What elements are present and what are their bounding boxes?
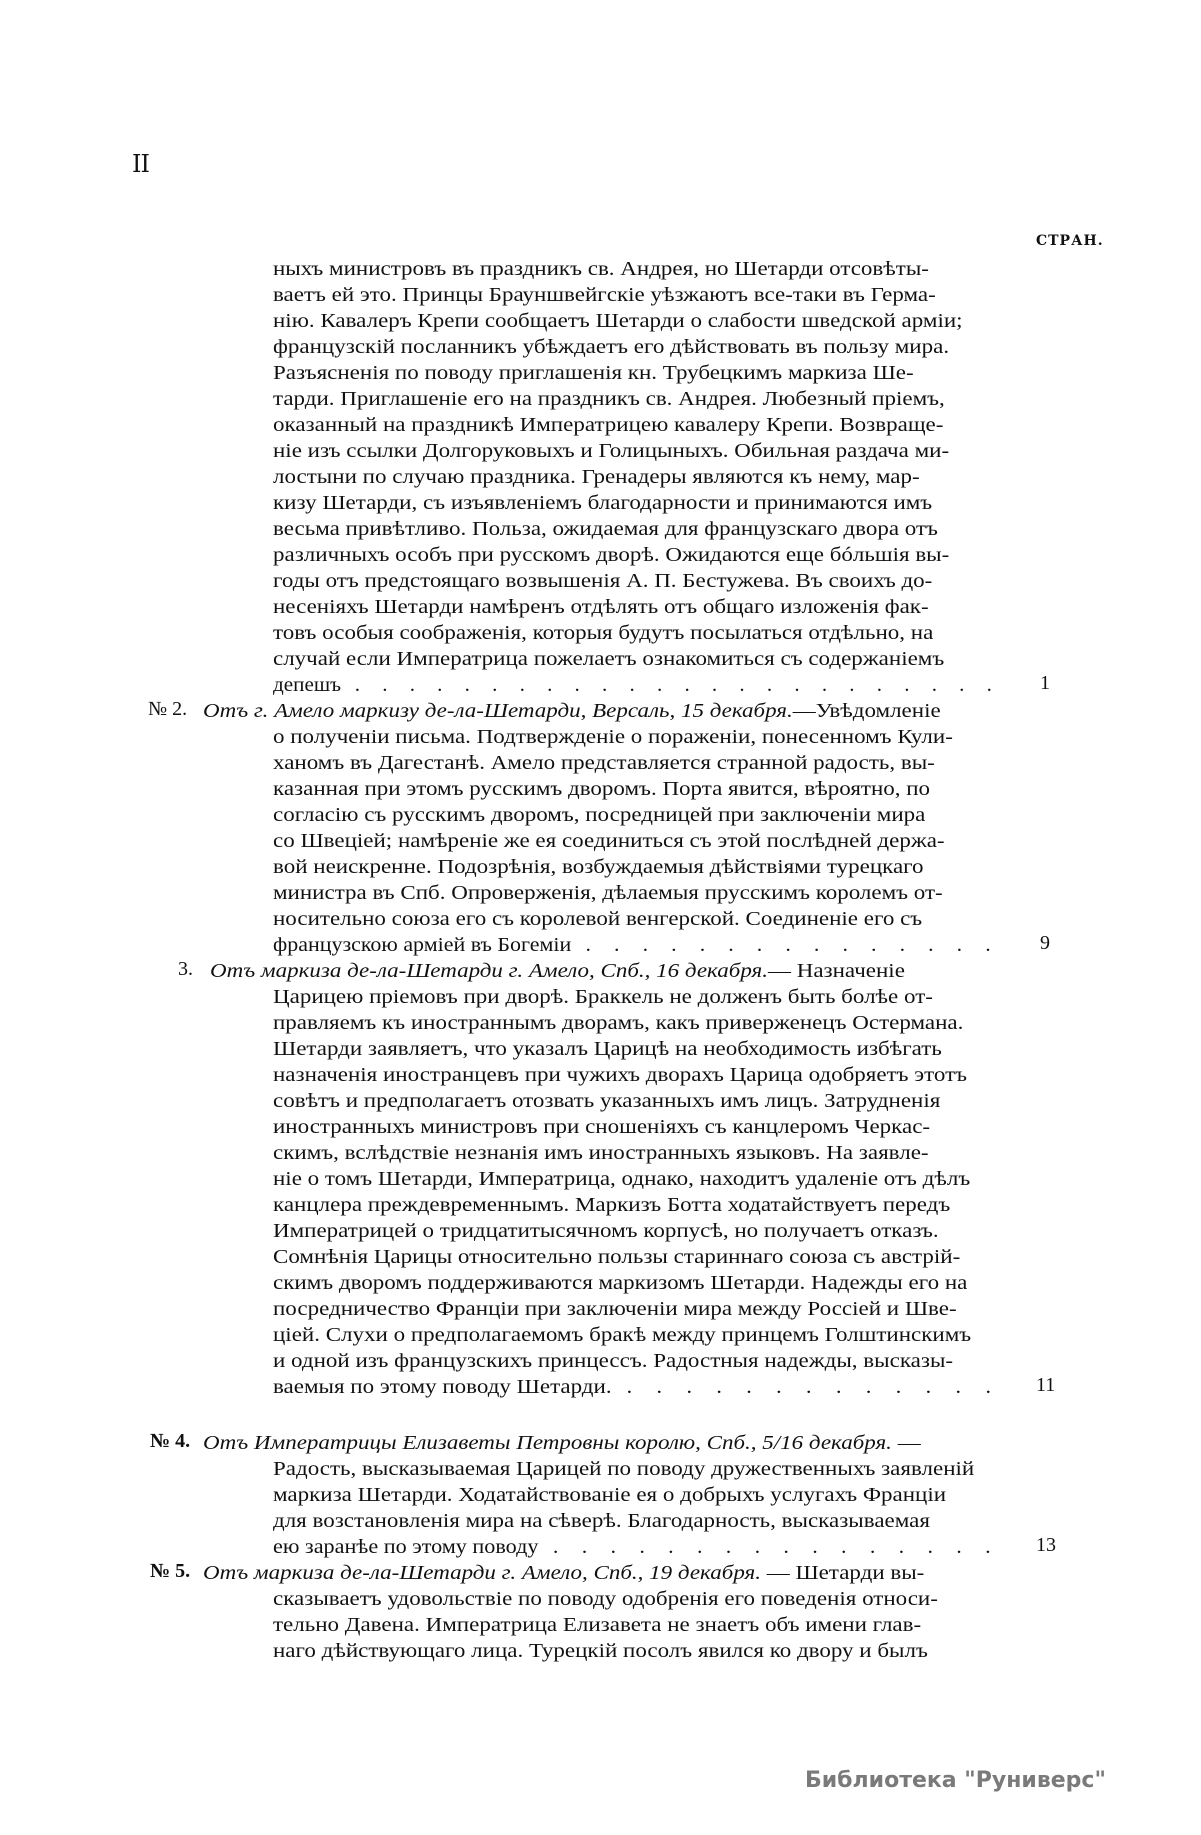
entry-text-line: и одной изъ французскихъ принцессъ. Радо… bbox=[273, 1348, 953, 1374]
entry-text-line: Радость, высказываемая Царицей по поводу… bbox=[273, 1456, 974, 1482]
entry-text-line: казанная при этомъ русскимъ дворомъ. Пор… bbox=[273, 776, 930, 802]
library-watermark: Библиотека "Руниверс" bbox=[805, 1768, 1106, 1793]
entry-text: ваемыя по этому поводу Шетарди. bbox=[273, 1376, 612, 1398]
entry-text-line: ціей. Слухи о предполагаемомъ бракѣ межд… bbox=[273, 1322, 971, 1348]
leader-dots: . . . . . . . . . . . . . bbox=[612, 1376, 1001, 1398]
entry-text-line: канцлера преждевременнымъ. Маркизъ Ботта… bbox=[273, 1192, 950, 1218]
entry-text-line: Разъясненія по поводу приглашенія кн. Тр… bbox=[273, 360, 914, 386]
entry-text-line: ханомъ въ Дагестанѣ. Амело представляетс… bbox=[273, 750, 935, 776]
entry-heading-tail: — Назначеніе bbox=[768, 960, 905, 982]
entry-text-line: совѣтъ и предполагаетъ отозвать указанны… bbox=[273, 1088, 940, 1114]
entry-last-line: депешъ . . . . . . . . . . . . . . . . .… bbox=[273, 672, 1000, 698]
entry-heading-tail: — bbox=[892, 1432, 921, 1454]
entry-text-line: нію. Кавалеръ Крепи сообщаетъ Шетарди о … bbox=[273, 308, 963, 334]
entry-text-line: правляемъ къ иностраннымъ дворамъ, какъ … bbox=[273, 1010, 963, 1036]
entry-text-line: различныхъ особъ при русскомъ дворѣ. Ожи… bbox=[273, 542, 949, 568]
page-number: II bbox=[132, 150, 149, 178]
entry-heading: Отъ маркиза де-ла-Шетарди г. Амело, Спб.… bbox=[203, 1562, 761, 1584]
entry-text-line: скимъ дворомъ поддерживаются маркизомъ Ш… bbox=[273, 1270, 967, 1296]
entry-text-line: оказанный на праздникѣ Императрицею кава… bbox=[273, 412, 943, 438]
entry-text-line: французскій посланникъ убѣждаетъ его дѣй… bbox=[273, 334, 949, 360]
entry-text-line: носительно союза его съ королевой венгер… bbox=[273, 906, 922, 932]
entry-text-line: кизу Шетарди, съ изъявленіемъ благодарно… bbox=[273, 490, 932, 516]
entry-text: ею заранѣе по этому поводу bbox=[273, 1536, 538, 1558]
entry-heading-line: Отъ г. Амело маркизу де-ла-Шетарди, Верс… bbox=[203, 698, 941, 724]
entry-number: № 2. bbox=[148, 698, 187, 721]
page-column-header: СТРАН. bbox=[1036, 233, 1104, 249]
entry-number: 3. bbox=[178, 958, 193, 981]
entry-text-line: Сомнѣнія Царицы относительно пользы стар… bbox=[273, 1244, 960, 1270]
entry-text-line: о полученіи письма. Подтвержденіе о пора… bbox=[273, 724, 953, 750]
entry-text-line: тельно Давена. Императрица Елизавета не … bbox=[273, 1612, 921, 1638]
entry-page-number: 1 bbox=[1040, 672, 1050, 695]
entry-number: № 4. bbox=[150, 1430, 190, 1453]
leader-dots: . . . . . . . . . . . . . . . bbox=[571, 934, 999, 956]
entry-heading-line: Отъ маркиза де-ла-Шетарди г. Амело, Спб.… bbox=[203, 1560, 924, 1586]
entry-text-line: лостыни по случаю праздника. Гренадеры я… bbox=[273, 464, 920, 490]
entry-text-line: маркиза Шетарди. Ходатайствованіе ея о д… bbox=[273, 1482, 946, 1508]
entry-text-line: скимъ, вслѣдствіе незнанія имъ иностранн… bbox=[273, 1140, 929, 1166]
entry-heading-tail: — Шетарди вы- bbox=[761, 1562, 924, 1584]
entry-text-line: случай если Императрица пожелаетъ ознако… bbox=[273, 646, 944, 672]
entry-text-line: посредничество Франціи при заключеніи ми… bbox=[273, 1296, 957, 1322]
entry-text-line: Шетарди заявляетъ, что указалъ Царицѣ на… bbox=[273, 1036, 942, 1062]
entry-text-line: Царицею пріемовъ при дворѣ. Браккель не … bbox=[273, 984, 933, 1010]
leader-dots: . . . . . . . . . . . . . . . . . . . . … bbox=[341, 674, 1000, 696]
entry-text-line: сказываетъ удовольствіе по поводу одобре… bbox=[273, 1586, 938, 1612]
entry-text-line: министра въ Спб. Опроверженія, дѣлаемыя … bbox=[273, 880, 943, 906]
entry-heading: Отъ маркиза де-ла-Шетарди г. Амело, Спб.… bbox=[210, 960, 768, 982]
entry-heading: Отъ Императрицы Елизаветы Петровны корол… bbox=[203, 1432, 892, 1454]
entry-last-line: французскою арміей въ Богеміи . . . . . … bbox=[273, 932, 1000, 958]
entry-text-line: ніе изъ ссылки Долгоруковыхъ и Голицыных… bbox=[273, 438, 949, 464]
entry-last-line: ею заранѣе по этому поводу . . . . . . .… bbox=[273, 1534, 1000, 1560]
entry-text-line: годы отъ предстоящаго возвышенія А. П. Б… bbox=[273, 568, 932, 594]
entry-text: депешъ bbox=[273, 674, 341, 696]
entry-page-number: 9 bbox=[1040, 932, 1050, 955]
entry-number: № 5. bbox=[150, 1560, 190, 1583]
entry-text-line: для возстановленія мира на сѣверѣ. Благо… bbox=[273, 1508, 930, 1534]
entry-heading: Отъ г. Амело маркизу де-ла-Шетарди, Верс… bbox=[203, 700, 793, 722]
leader-dots: . . . . . . . . . . . . . . . . bbox=[538, 1536, 999, 1558]
entry-text-line: ныхъ министровъ въ праздникъ св. Андрея,… bbox=[273, 256, 929, 282]
entry-text-line: согласію съ русскимъ дворомъ, посреднице… bbox=[273, 802, 925, 828]
entry-text-line: ваетъ ей это. Принцы Брауншвейгскіе уѣзж… bbox=[273, 282, 936, 308]
entry-heading-line: Отъ маркиза де-ла-Шетарди г. Амело, Спб.… bbox=[210, 958, 905, 984]
entry-text: французскою арміей въ Богеміи bbox=[273, 934, 571, 956]
entry-text-line: товъ особыя соображенія, которыя будутъ … bbox=[273, 620, 933, 646]
entry-text-line: иностранныхъ министровъ при сношеніяхъ с… bbox=[273, 1114, 930, 1140]
entry-heading-tail: —Увѣдомленіе bbox=[793, 700, 941, 722]
entry-text-line: Императрицей о тридцатитысячномъ корпусѣ… bbox=[273, 1218, 939, 1244]
entry-text-line: весьма привѣтливо. Польза, ожидаемая для… bbox=[273, 516, 938, 542]
entry-text-line: вой неискренне. Подозрѣнія, возбуждаемыя… bbox=[273, 854, 924, 880]
entry-heading-line: Отъ Императрицы Елизаветы Петровны корол… bbox=[203, 1430, 921, 1456]
entry-text-line: тарди. Приглашеніе его на праздникъ св. … bbox=[273, 386, 945, 412]
entry-text-line: со Швеціей; намѣреніе же ея соединиться … bbox=[273, 828, 945, 854]
entry-text-line: наго дѣйствующаго лица. Турецкій посолъ … bbox=[273, 1638, 928, 1664]
entry-page-number: 13 bbox=[1036, 1534, 1056, 1557]
entry-last-line: ваемыя по этому поводу Шетарди. . . . . … bbox=[273, 1374, 1000, 1400]
entry-text-line: ніе о томъ Шетарди, Императрица, однако,… bbox=[273, 1166, 970, 1192]
entry-page-number: 11 bbox=[1036, 1374, 1055, 1397]
entry-text-line: назначенія иностранцевъ при чужихъ двора… bbox=[273, 1062, 967, 1088]
entry-text-line: несеніяхъ Шетарди намѣренъ отдѣлять отъ … bbox=[273, 594, 929, 620]
